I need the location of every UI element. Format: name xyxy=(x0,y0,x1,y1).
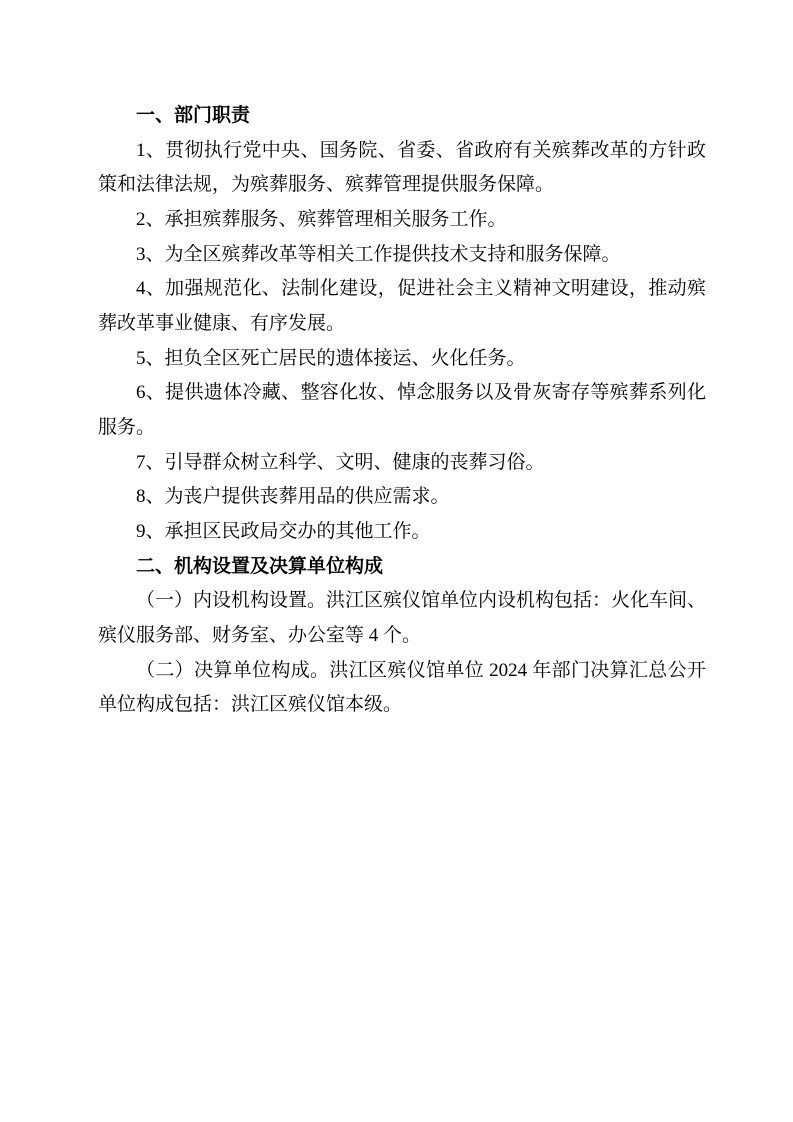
body-paragraph: 8、为丧户提供丧葬用品的供应需求。 xyxy=(98,480,706,515)
body-paragraph: 4、加强规范化、法制化建设，促进社会主义精神文明建设，推动殡葬改革事业健康、有序… xyxy=(98,272,706,341)
body-paragraph: （一）内设机构设置。洪江区殡仪馆单位内设机构包括：火化车间、殡仪服务部、财务室、… xyxy=(98,584,706,653)
body-paragraph: 2、承担殡葬服务、殡葬管理相关服务工作。 xyxy=(98,203,706,238)
body-paragraph: 3、为全区殡葬改革等相关工作提供技术支持和服务保障。 xyxy=(98,238,706,273)
body-paragraph: 9、承担区民政局交办的其他工作。 xyxy=(98,515,706,550)
document-body: 一、部门职责1、贯彻执行党中央、国务院、省委、省政府有关殡葬改革的方针政策和法律… xyxy=(98,99,706,723)
body-paragraph: （二）决算单位构成。洪江区殡仪馆单位 2024 年部门决算汇总公开单位构成包括：… xyxy=(98,654,706,723)
document-page: 一、部门职责1、贯彻执行党中央、国务院、省委、省政府有关殡葬改革的方针政策和法律… xyxy=(0,0,793,1122)
body-paragraph: 6、提供遗体冷藏、整容化妆、悼念服务以及骨灰寄存等殡葬系列化服务。 xyxy=(98,376,706,445)
body-paragraph: 1、贯彻执行党中央、国务院、省委、省政府有关殡葬改革的方针政策和法律法规，为殡葬… xyxy=(98,134,706,203)
body-paragraph: 7、引导群众树立科学、文明、健康的丧葬习俗。 xyxy=(98,446,706,481)
section-heading: 一、部门职责 xyxy=(98,99,706,134)
body-paragraph: 5、担负全区死亡居民的遗体接运、火化任务。 xyxy=(98,342,706,377)
section-heading: 二、机构设置及决算单位构成 xyxy=(98,550,706,585)
